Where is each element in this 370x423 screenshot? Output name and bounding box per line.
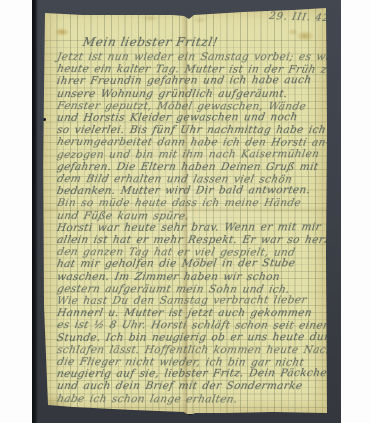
handwritten-line: und Horstis Kleider gewaschen und noch — [56, 111, 328, 124]
handwritten-line: Hannerl u. Mutter ist jetzt auch gekomme… — [56, 307, 328, 319]
letter-paper: 29. III. 42 Mein liebster Fritzl! Jetzt … — [43, 6, 327, 414]
handwritten-line: schlafen lässt. Hoffentlich kommen heute… — [56, 344, 328, 356]
handwritten-line: Bin so müde heute dass ich meine Hände — [56, 197, 328, 209]
photo-background: 29. III. 42 Mein liebster Fritzl! Jetzt … — [32, 0, 341, 423]
handwritten-line: unsere Wohnung gründlich aufgeräumt. — [56, 88, 328, 100]
photo-left-edge-shadow — [32, 0, 38, 423]
handwritten-line: gezogen und bin mit ihm nach Kaisermühle… — [56, 148, 328, 161]
handwritten-line: so vielerlei. Bis fünf Uhr nachmittag ha… — [56, 124, 328, 136]
handwritten-line: habe ich schon lange erhalten. — [56, 393, 328, 406]
handwritten-line: und auch dein Brief mit der Sondermarke — [56, 380, 328, 392]
screenshot-stage: 29. III. 42 Mein liebster Fritzl! Jetzt … — [0, 0, 370, 423]
handwritten-line: ihrer Freundin gefahren und ich habe auc… — [56, 74, 328, 87]
handwritten-line: Wie hast Du den Samstag verbracht lieber — [56, 294, 328, 307]
handwriting-layer: 29. III. 42 Mein liebster Fritzl! Jetzt … — [43, 6, 327, 414]
handwritten-line: waschen. Im Zimmer haben wir schon — [56, 271, 328, 283]
handwritten-line: gefahren. Die Eltern haben Deinen Gruß m… — [56, 161, 328, 173]
handwritten-line: Stunde. Ich bin neugierig ob er uns heut… — [56, 331, 328, 344]
handwritten-line: hat mir geholfen die Möbel in der Stube — [56, 258, 328, 271]
letter-body: Jetzt ist nun wieder ein Samstag vorbei;… — [56, 51, 326, 405]
handwritten-line: bedanken. Mutter wird Dir bald antworten… — [56, 184, 328, 197]
handwritten-line: Jetzt ist nun wieder ein Samstag vorbei;… — [56, 51, 328, 63]
handwritten-line: Horsti war heute sehr brav. Wenn er mit … — [56, 221, 328, 234]
handwritten-date: 29. III. 42 — [268, 11, 331, 24]
handwritten-line: allein ist hat er mehr Respekt. Er war s… — [56, 234, 328, 246]
handwritten-line: neugierig auf sie, liebster Fritz. Dein … — [56, 367, 328, 380]
salutation: Mein liebster Fritzl! — [82, 35, 220, 49]
